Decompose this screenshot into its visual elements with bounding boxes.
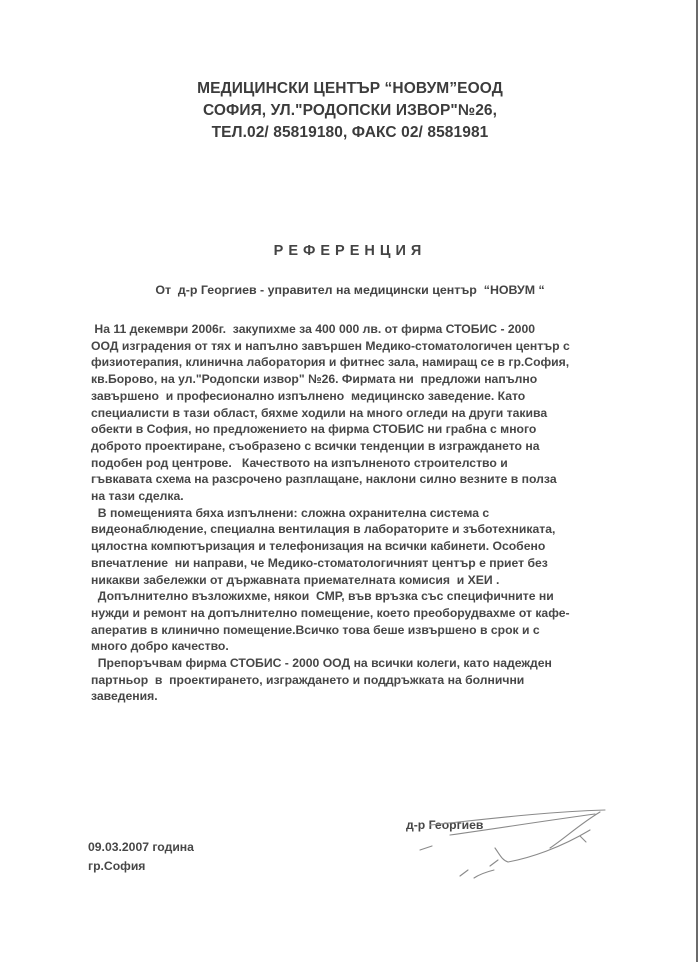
body-line: партньор в проектирането, изграждането и… (91, 672, 611, 689)
body-line: цялостна компютъризация и телефонизация … (91, 538, 611, 555)
body-line: обекти в София, но предложението на фирм… (91, 421, 611, 438)
body-line: Препоръчвам фирма СТОБИС - 2000 ООД на в… (91, 655, 611, 672)
body-line: много добро качество. (91, 638, 611, 655)
body-line: кв.Борово, на ул."Родопски извор" №26. Ф… (91, 371, 611, 388)
letterhead-phone-fax: ТЕЛ.02/ 85819180, ФАКС 02/ 8581981 (0, 122, 700, 144)
body-line: впечатление ни направи, че Медико-стомат… (91, 555, 611, 572)
paragraph-1: На 11 декември 2006г. закупихме за 400 0… (91, 321, 611, 505)
body-line: ООД изградения от тях и напълно завършен… (91, 338, 611, 355)
paragraph-4: Препоръчвам фирма СТОБИС - 2000 ООД на в… (91, 655, 611, 705)
date-block: 09.03.2007 година гр.София (88, 838, 194, 876)
paragraph-2: В помещенията бяха изпълнени: сложна охр… (91, 505, 611, 589)
body-line: доброто проектиране, съобразено с всички… (91, 438, 611, 455)
document-page: МЕДИЦИНСКИ ЦЕНТЪР “НОВУМ”ЕООД СОФИЯ, УЛ.… (0, 0, 700, 962)
body-line: Допълнително възложихме, някои СМР, във … (91, 588, 611, 605)
body-line: никакви забележки от държавната приемате… (91, 572, 611, 589)
body-line: нужди и ремонт на допълнително помещение… (91, 605, 611, 622)
body-line: гъвкавата схема на разсрочено разплащане… (91, 471, 611, 488)
body-line: завършено и професионално изпълнено меди… (91, 388, 611, 405)
body-line: аператив в клинично помещение.Всичко тов… (91, 622, 611, 639)
letterhead-address: СОФИЯ, УЛ."РОДОПСКИ ИЗВОР"№26, (0, 100, 700, 122)
body-line: на тази сделка. (91, 488, 611, 505)
body-line: заведения. (91, 688, 611, 705)
body-line: видеонаблюдение, специална вентилация в … (91, 521, 611, 538)
body-line: В помещенията бяха изпълнени: сложна охр… (91, 505, 611, 522)
letter-body: На 11 декември 2006г. закупихме за 400 0… (91, 321, 611, 705)
from-line: От д-р Георгиев - управител на медицинск… (0, 283, 700, 297)
document-title: РЕФЕРЕНЦИЯ (0, 243, 700, 259)
letter-date: 09.03.2007 година (88, 838, 194, 857)
letterhead: МЕДИЦИНСКИ ЦЕНТЪР “НОВУМ”ЕООД СОФИЯ, УЛ.… (0, 78, 700, 144)
body-line: подобен род центрове. Качеството на изпъ… (91, 455, 611, 472)
body-line: физиотерапия, клинична лаборатория и фит… (91, 354, 611, 371)
body-line: На 11 декември 2006г. закупихме за 400 0… (91, 321, 611, 338)
handwritten-signature-icon (390, 800, 650, 900)
paragraph-3: Допълнително възложихме, някои СМР, във … (91, 588, 611, 655)
letter-city: гр.София (88, 857, 194, 876)
body-line: специалисти в тази област, бяхме ходили … (91, 405, 611, 422)
page-edge-divider (696, 0, 698, 962)
letterhead-company: МЕДИЦИНСКИ ЦЕНТЪР “НОВУМ”ЕООД (0, 78, 700, 100)
